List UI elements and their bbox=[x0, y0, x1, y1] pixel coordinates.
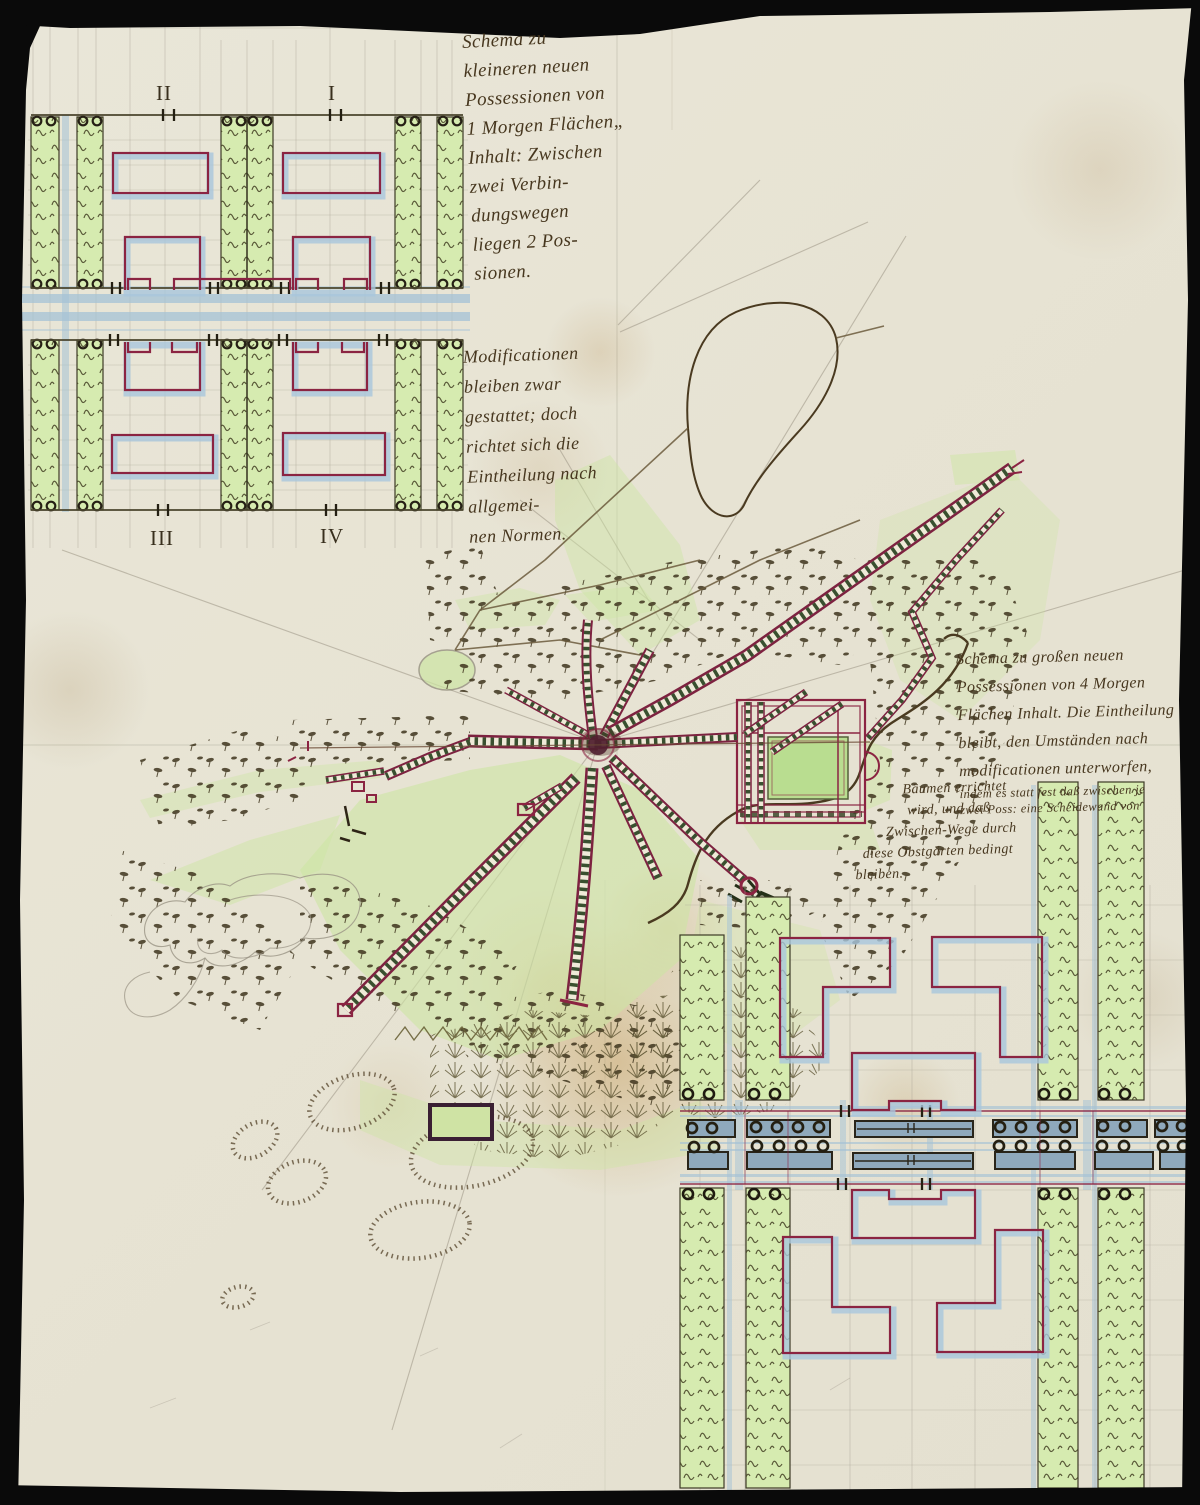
annotation-schema-small: Schema zu kleineren neuen Possessionen v… bbox=[461, 16, 699, 288]
parcel-label-iv: IV bbox=[320, 524, 344, 548]
bench-structure bbox=[430, 1105, 492, 1139]
central-road bbox=[680, 1100, 1200, 1190]
annotation-modificationen: Modificationen bleiben zwar gestattet; d… bbox=[462, 334, 684, 551]
parcel-label-iii: III bbox=[150, 526, 174, 550]
small-possessions-plan: II I III IV bbox=[0, 6, 470, 550]
scanned-manuscript-plan: II I III IV bbox=[0, 0, 1200, 1505]
scan-border-bottom bbox=[0, 1485, 1200, 1505]
parcel-label-i: I bbox=[328, 81, 336, 105]
parcel-label-ii: II bbox=[156, 81, 172, 105]
annotation-schema-large-tail: Bäumen errichtet wird, und daß Zwischen-… bbox=[850, 775, 1044, 887]
